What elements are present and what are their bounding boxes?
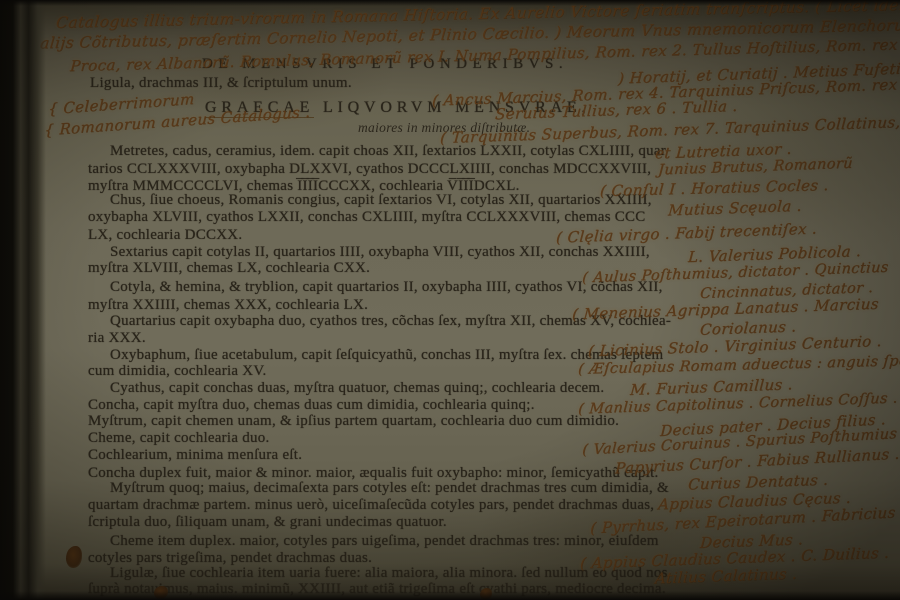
print-line: oxybapha XLVIII, cyathos LXXII, conchas … <box>88 209 646 226</box>
print-line: cum dimidia, cochlearia XV. <box>88 363 267 380</box>
print-line: Cochlearium, minima menſura eſt. <box>88 447 302 464</box>
print-line: ſcriptula duo, ſiliquam unam, & grani un… <box>88 514 447 531</box>
print-line: myſtra XLVIII, chemas LX, cochlearia CXX… <box>88 260 370 277</box>
print-line: Cheme, capit cochlearia duo. <box>88 430 270 447</box>
print-line: LX, cochlearia DCCXX. <box>88 227 242 244</box>
photo-edge-top <box>0 0 900 6</box>
print-line: Metretes, cadus, ceramius, idem. capit c… <box>110 143 666 160</box>
ink-blot <box>66 546 82 568</box>
print-line: Concha, capit myſtra duo, chemas duas cu… <box>88 397 535 414</box>
hand-note: Mutius Scęuola . <box>667 197 802 220</box>
print-line: myſtra XXIIII, chemas XXX, cochlearia LX… <box>88 297 368 314</box>
print-line: Myſtrum quoq; maius, decimaſexta pars co… <box>110 480 669 497</box>
book-binding-gutter <box>0 0 46 600</box>
printed-ligula-line: Ligula, drachmas III, & ſcriptulum unum. <box>90 75 352 92</box>
print-line: Cyathus, capit conchas duas, myſtra quat… <box>110 380 604 397</box>
print-line: Sextarius capit cotylas II, quartarios I… <box>110 244 650 261</box>
book-page-scan: DE MENSVRIS ET PONDERIBVS. Ligula, drach… <box>0 0 900 600</box>
print-line: Cotyla, & hemina, & tryblion, capit quar… <box>110 279 663 296</box>
print-line: Cheme item duplex. maior, cotyles pars u… <box>110 533 659 550</box>
print-line: tarios CCLXXXVIII, oxybapha DLXXVI, cyat… <box>88 161 651 178</box>
print-line: ria XXX. <box>88 330 146 347</box>
print-line: Myſtrum, capit chemen unam, & ipſius par… <box>88 413 619 430</box>
photo-edge-bottom <box>0 591 900 600</box>
hand-note: Atilius Calatinus . <box>654 564 797 587</box>
print-line: quartam drachmæ partem. minus uerò, uice… <box>88 497 654 514</box>
print-line: Chus, ſiue choeus, Romanis congius, capi… <box>110 192 652 209</box>
